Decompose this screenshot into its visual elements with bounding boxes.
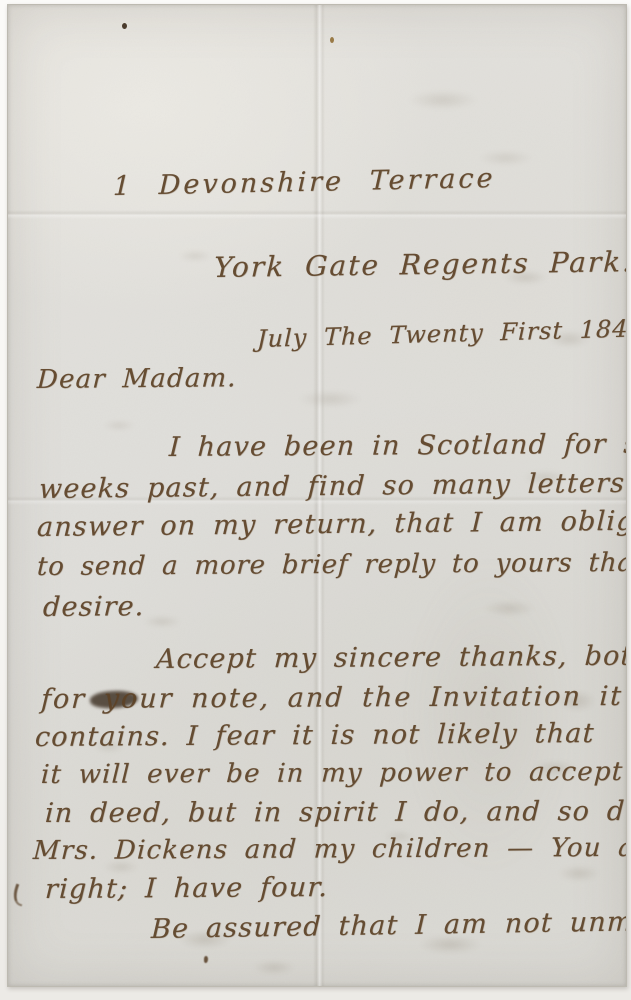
stain [408,90,478,110]
body-line: right; I have four. [44,872,329,905]
stain [178,250,212,262]
ink-speck [122,23,127,29]
body-line: I have been in Scotland for some [168,428,627,463]
paper-speck [330,37,334,43]
body-line: it will ever be in my power to accept it [40,757,627,790]
stain [558,865,600,882]
letter-scan: 1 Devonshire Terrace York Gate Regents P… [0,0,631,1000]
horizontal-fold-crease [8,210,626,219]
show-through-shading [398,550,578,880]
stain [253,960,295,975]
body-line: desire. [42,591,145,623]
salutation: Dear Madam. [36,363,237,395]
body-line: Be assured that I am not unmindful [150,905,627,945]
address-line-2: York Gate Regents Park. [213,245,627,284]
body-line: contains. I fear it is not likely that [34,718,595,753]
address-line-1: 1 Devonshire Terrace [113,163,496,202]
stain [298,390,362,408]
body-line: Mrs. Dickens and my children — You are [32,833,627,866]
body-line: Accept my sincere thanks, both [155,641,627,675]
body-line: in deed, but in spirit I do, and so do [44,796,627,829]
body-line: weeks past, and find so many letters to [38,467,627,505]
body-line: for your note, and the Invitation it [40,681,623,715]
body-line: to send a more brief reply to yours than… [36,548,627,582]
stray-ink-mark [10,884,28,907]
stain [103,420,135,431]
letter-paper: 1 Devonshire Terrace York Gate Regents P… [7,4,627,987]
ink-dot [204,956,208,963]
body-line: answer on my return, that I am obliged [36,505,627,543]
stain [143,615,181,628]
